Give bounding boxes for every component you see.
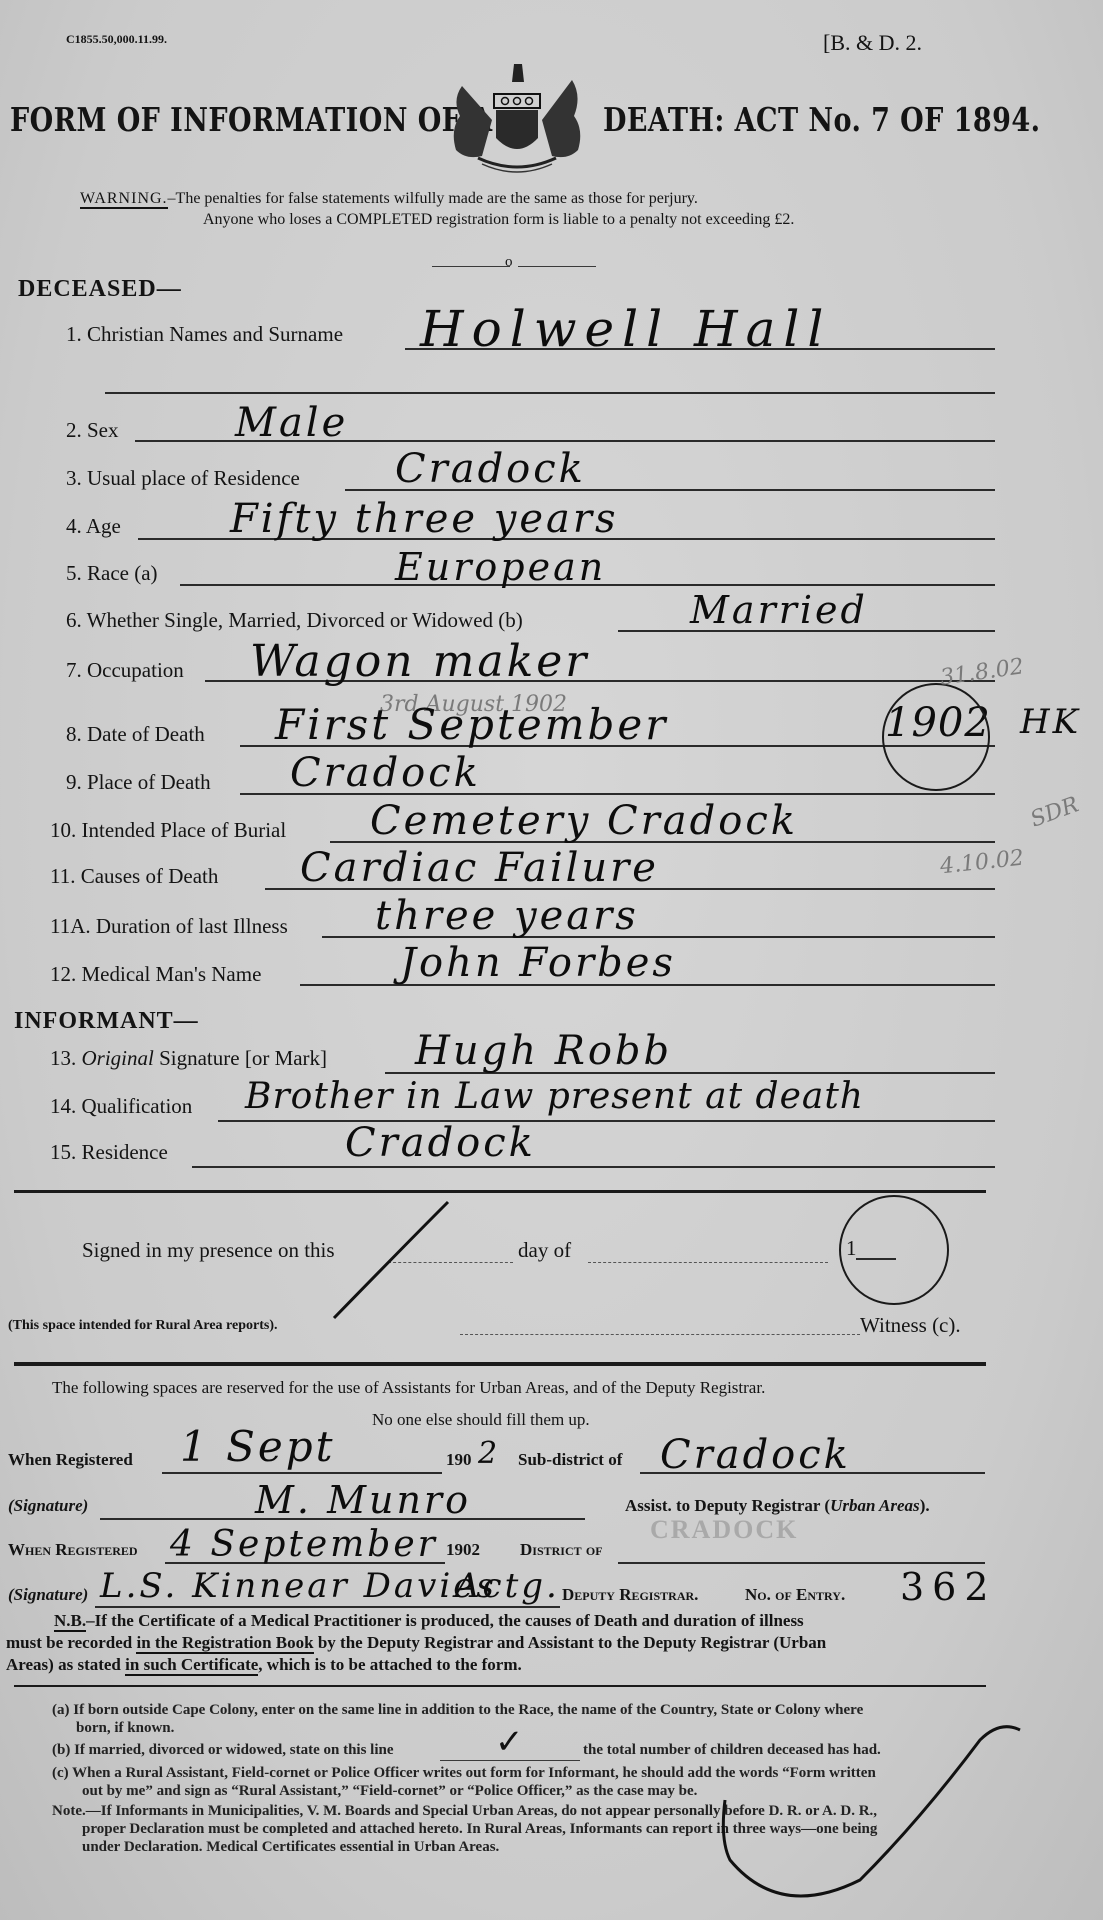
field-6-value[interactable]: Married [690,588,868,632]
footnote-a-line2: born, if known. [76,1720,174,1737]
divider-left [432,266,510,267]
field-5-value[interactable]: European [395,545,606,589]
field-2-label: 2. Sex [66,418,119,443]
nb-line3: Areas) as stated in such Certificate, wh… [6,1655,522,1675]
warning-label: WARNING. [80,190,168,209]
field-13-value[interactable]: Hugh Robb [415,1028,672,1074]
witness-line[interactable] [460,1334,860,1335]
signed-month-line[interactable] [588,1262,828,1263]
field-13-num: 13. [50,1046,76,1070]
date-circle [882,683,990,791]
field-11-value[interactable]: Cardiac Failure [300,845,659,891]
reserved-note: The following spaces are reserved for th… [52,1378,765,1398]
section-divider-3 [14,1685,986,1687]
field-2-value[interactable]: Male [235,400,348,446]
field-9-label: 9. Place of Death [66,770,211,795]
subdistrict-label: Sub-district of [518,1450,622,1470]
field-8-value[interactable]: First September [275,700,668,749]
field-14-label: 14. Qualification [50,1094,192,1119]
field-15-rest: Residence [82,1140,168,1164]
death-registration-form: C1855.50,000.11.99. [B. & D. 2. FORM OF … [0,0,1103,1920]
circle-line [856,1258,896,1260]
warning-block: WARNING.–The penalties for false stateme… [80,190,698,208]
field-14-value[interactable]: Brother in Law present at death [245,1076,864,1117]
signature2-value[interactable]: L.S. Kinnear Davies [100,1566,497,1606]
title-right: DEATH: ACT No. 7 OF 1894. [603,100,1103,139]
field-13-italic: Original [82,1046,154,1070]
field-15-num: 15. [50,1140,76,1164]
strike-mark-icon [330,1200,450,1320]
nb-line2: must be recorded in the Registration Boo… [6,1633,826,1653]
footnote-c-line2: out by me” and sign as “Rural Assistant,… [82,1783,697,1800]
field-1-value[interactable]: Holwell Hall [420,300,831,358]
form-code: [B. & D. 2. [823,30,922,56]
year-prefix: 190 [446,1450,472,1470]
when-registered-value[interactable]: 1 Sept [180,1422,335,1471]
field-13-label: 13. Original Signature [or Mark] [50,1046,327,1071]
field-10-label: 10. Intended Place of Burial [50,818,286,843]
field-1-continuation-line [105,392,995,394]
district-label: District of [520,1540,603,1560]
pen-stroke-icon [700,1710,1030,1910]
field-7-label: 7. Occupation [66,658,184,683]
initials-annotation: HK [1020,702,1081,742]
stamp: CRADOCK [650,1515,798,1545]
field-11a-label: 11A. Duration of last Illness [50,914,288,939]
title-left-text: FORM OF INFORMATION OF A [10,100,493,139]
informant-heading: INFORMANT— [14,1008,199,1035]
signature-label: (Signature) [8,1496,88,1516]
field-12-label: 12. Medical Man's Name [50,962,261,987]
nb-line1-text: –If the Certificate of a Medical Practit… [86,1611,804,1630]
field-5-label: 5. Race (a) [66,561,158,586]
nb-line2-underline: in the Registration Book [136,1633,313,1654]
field-9-value[interactable]: Cradock [290,750,481,796]
field-13-rest: Signature [or Mark] [159,1046,327,1070]
nb-line3-post: , which is to be attached to the form. [258,1655,521,1674]
nb-line1: N.B.–If the Certificate of a Medical Pra… [54,1611,804,1631]
margin-date-1: 31.8.02 [939,654,1026,690]
when-registered-line [162,1472,442,1474]
field-11a-value[interactable]: three years [375,893,639,939]
signature2-label: (Signature) [8,1585,88,1605]
field-15-value[interactable]: Cradock [345,1120,536,1166]
note-line3: under Declaration. Medical Certificates … [82,1839,499,1856]
assist-label-italic: Urban Areas [830,1496,920,1515]
assist-label-text: Assist. to Deputy Registrar ( [625,1496,830,1515]
warning-line2: Anyone who loses a COMPLETED registratio… [203,211,794,229]
field-14-line [218,1120,995,1122]
assist-label-close: ). [920,1496,930,1515]
field-11-label: 11. Causes of Death [50,864,218,889]
margin-date-2: 4.10.02 [939,846,1025,880]
entry-label: No. of Entry. [745,1585,845,1605]
day-of-label: day of [518,1238,571,1263]
title-right-text: DEATH: ACT No. 7 OF 1894. [603,100,1040,139]
divider-right [518,266,596,267]
nb-line3-pre: Areas) as stated [6,1655,125,1674]
no-one-note: No one else should fill them up. [372,1410,590,1430]
nb-line2-post: by the Deputy Registrar and Assistant to… [314,1633,827,1652]
subdistrict-value[interactable]: Cradock [660,1432,851,1478]
field-7-value[interactable]: Wagon maker [250,636,589,687]
signed-prefix: Signed in my presence on this [82,1238,335,1263]
field-15-line [192,1166,995,1168]
field-14-num: 14. [50,1094,76,1118]
crest-icon [442,60,592,180]
nb-label: N.B. [54,1611,86,1632]
when-registered2-value[interactable]: 4 September [170,1524,438,1565]
field-12-value[interactable]: John Forbes [400,940,676,986]
rural-note: (This space intended for Rural Area repo… [8,1318,278,1334]
district-line[interactable] [618,1562,985,1564]
circle-number: 1 [846,1236,857,1261]
deputy-label: Deputy Registrar. [562,1585,698,1605]
assist-label: Assist. to Deputy Registrar (Urban Areas… [625,1496,930,1516]
witness-label: Witness (c). [860,1313,961,1338]
year2: 1902 [446,1540,480,1560]
deceased-heading: DECEASED— [18,276,182,303]
field-10-value[interactable]: Cemetery Cradock [370,798,798,844]
print-code: C1855.50,000.11.99. [66,32,167,47]
signature-value[interactable]: M. Munro [255,1478,471,1522]
field-8-label: 8. Date of Death [66,722,205,747]
nb-line3-underline: in such Certificate [125,1655,258,1676]
nb-line2-pre: must be recorded [6,1633,136,1652]
section-divider-2 [14,1362,986,1366]
field-15-label: 15. Residence [50,1140,168,1165]
year-suffix[interactable]: 2 [478,1436,500,1471]
when-registered2-label: When Registered [8,1540,138,1560]
field-1-label: 1. Christian Names and Surname [66,322,343,347]
field-3-label: 3. Usual place of Residence [66,466,300,491]
checkmark-icon: ✓ [495,1722,524,1762]
signature2-line [95,1606,560,1608]
field-4-value[interactable]: Fifty three years [230,496,619,542]
entry-value[interactable]: 362 [900,1565,997,1609]
field-3-value[interactable]: Cradock [395,446,586,492]
margin-note: SDR [1027,792,1082,832]
field-14-rest: Qualification [82,1094,193,1118]
footnote-b-pre: (b) If married, divorced or widowed, sta… [52,1742,394,1759]
signature2-suffix[interactable]: Actg. [455,1566,560,1606]
divider-mark: o [505,254,513,271]
field-4-label: 4. Age [66,514,121,539]
when-registered-label: When Registered [8,1450,133,1470]
warning-line1: –The penalties for false statements wilf… [168,190,698,207]
section-divider-1 [14,1190,986,1193]
field-6-label: 6. Whether Single, Married, Divorced or … [66,608,523,633]
